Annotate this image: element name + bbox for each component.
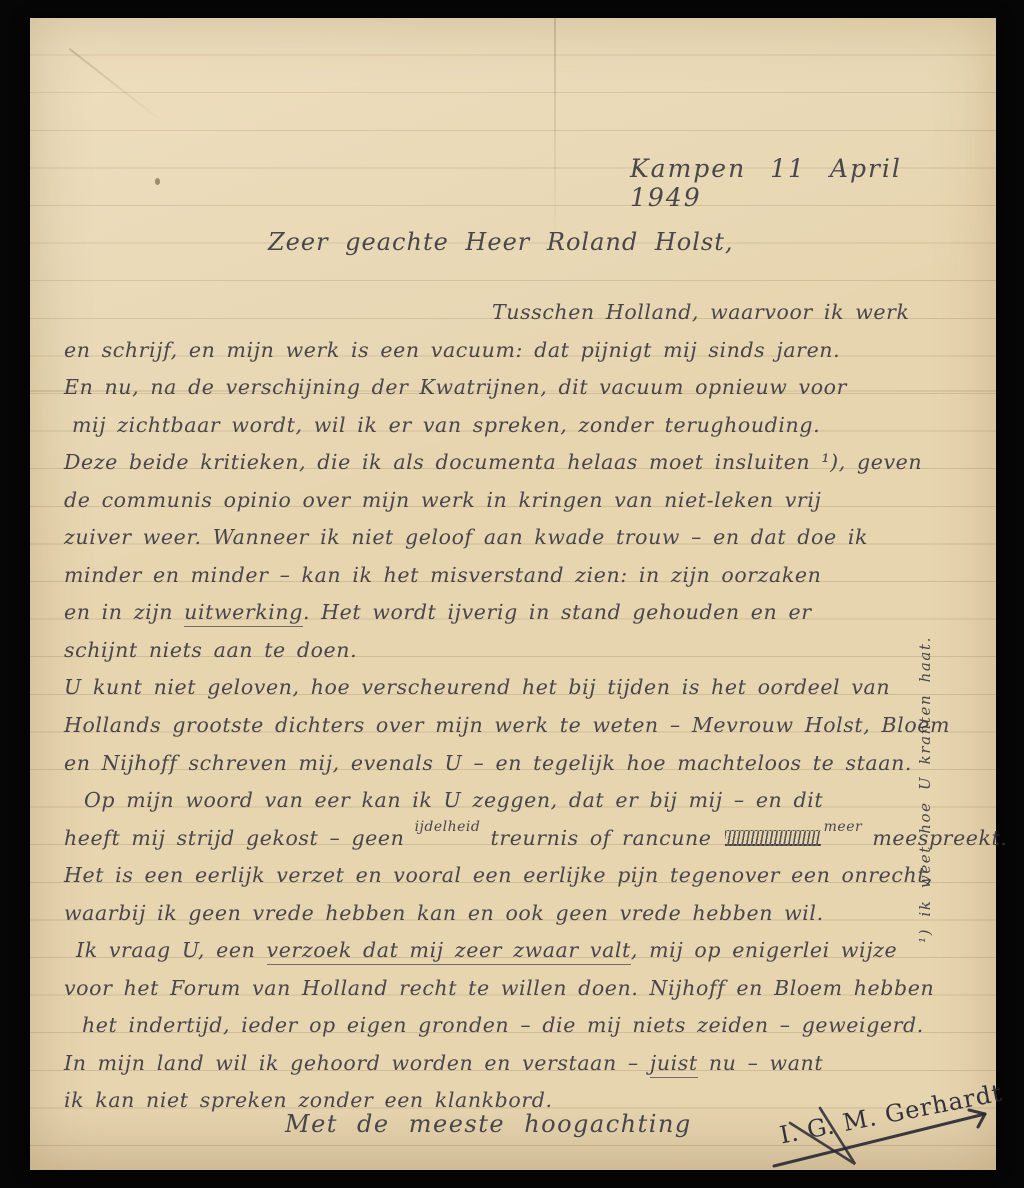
letter-line-1: Tusschen Holland, waarvoor ik werk: [64, 300, 964, 338]
text-segment: het indertijd, ieder op eigen gronden – …: [82, 1013, 924, 1037]
text-segment: voor het Forum van Holland recht te will…: [64, 976, 934, 1000]
text-segment: U kunt niet geloven, hoe verscheurend he…: [64, 675, 890, 699]
letter-line-4: mij zichtbaar wordt, wil ik er van sprek…: [64, 413, 964, 451]
letter-line-18: Ik vraag U, een verzoek dat mij zeer zwa…: [64, 938, 964, 976]
letter-line-11: U kunt niet geloven, hoe verscheurend he…: [64, 675, 964, 713]
letter-body: Tusschen Holland, waarvoor ik werken sch…: [64, 300, 964, 1126]
text-segment: Tusschen Holland, waarvoor ik werk: [492, 300, 910, 324]
text-segment: en Nijhoff schreven mij, evenals U – en …: [64, 751, 912, 775]
letter-line-15: heeft mij strijd gekost – geen ijdelheid…: [64, 826, 964, 864]
text-segment: de communis opinio over mijn werk in kri…: [64, 488, 821, 512]
text-segment: Hollands grootste dichters over mijn wer…: [64, 713, 950, 737]
text-segment: . Het wordt ijverig in stand gehouden en…: [303, 600, 812, 624]
text-segment: Het is een eerlijk verzet en vooral een …: [64, 863, 933, 887]
text-segment: In mijn land wil ik gehoord worden en ve…: [64, 1051, 650, 1075]
letter-line-7: zuiver weer. Wanneer ik niet geloof aan …: [64, 525, 964, 563]
letter-line-3: En nu, na de verschijning der Kwatrijnen…: [64, 375, 964, 413]
salutation: Zeer geachte Heer Roland Holst,: [268, 228, 733, 256]
letter-line-5: Deze beide kritieken, die ik als documen…: [64, 450, 964, 488]
fold-crease-corner: [69, 48, 165, 123]
letter-line-9: en in zijn uitwerking. Het wordt ijverig…: [64, 600, 964, 638]
text-segment: mij zichtbaar wordt, wil ik er van sprek…: [72, 413, 820, 437]
letter-line-19: voor het Forum van Holland recht te will…: [64, 976, 964, 1014]
letter-line-2: en schrijf, en mijn werk is een vacuum: …: [64, 338, 964, 376]
underlined-phrase: verzoek dat mij zeer zwaar valt: [267, 938, 631, 965]
text-segment: Op mijn woord van eer kan ik U zeggen, d…: [84, 788, 823, 812]
text-segment: treurnis of rancune: [479, 826, 722, 850]
paper-speck: [155, 178, 160, 185]
fold-crease-vertical: [554, 18, 556, 258]
text-segment: minder en minder – kan ik het misverstan…: [64, 563, 821, 587]
inserted-word: ijdelheid: [415, 819, 481, 835]
letter-paper: Kampen 11 April 1949 Zeer geachte Heer R…: [30, 18, 996, 1170]
scan-background: { "document": { "kind": "handwritten-let…: [0, 0, 1024, 1188]
text-segment: en schrijf, en mijn werk is een vacuum: …: [64, 338, 840, 362]
letter-line-8: minder en minder – kan ik het misverstan…: [64, 563, 964, 601]
letter-line-10: schijnt niets aan te doen.: [64, 638, 964, 676]
text-segment: Ik vraag U, een: [76, 938, 267, 962]
text-segment: ik kan niet spreken zonder een klankbord…: [64, 1088, 553, 1112]
letter-line-6: de communis opinio over mijn werk in kri…: [64, 488, 964, 526]
dateline: Kampen 11 April 1949: [630, 154, 996, 212]
text-segment: Deze beide kritieken, die ik als documen…: [64, 450, 922, 474]
letter-line-17: waarbij ik geen vrede hebben kan en ook …: [64, 901, 964, 939]
text-segment: En nu, na de verschijning der Kwatrijnen…: [64, 375, 847, 399]
text-segment: , mij op enigerlei wijze: [631, 938, 897, 962]
text-segment: nu – want: [698, 1051, 823, 1075]
underlined-phrase: juist: [650, 1051, 698, 1078]
text-segment: schijnt niets aan te doen.: [64, 638, 357, 662]
text-segment: heeft mij strijd gekost – geen: [64, 826, 416, 850]
text-segment: waarbij ik geen vrede hebben kan en ook …: [64, 901, 824, 925]
text-segment: en in zijn: [64, 600, 184, 624]
letter-line-16: Het is een eerlijk verzet en vooral een …: [64, 863, 964, 901]
letter-line-20: het indertijd, ieder op eigen gronden – …: [64, 1013, 964, 1051]
closing-line: Met de meeste hoogachting: [285, 1110, 692, 1138]
scribbled-out-word: [725, 830, 821, 846]
margin-footnote: ¹) ik weet hoe U kranten haat.: [916, 631, 938, 943]
inserted-word: meer: [824, 819, 863, 835]
signature-block: I. G. M. Gerhardt: [760, 1078, 1010, 1178]
underlined-phrase: uitwerking: [184, 600, 303, 627]
text-segment: zuiver weer. Wanneer ik niet geloof aan …: [64, 525, 868, 549]
letter-line-12: Hollands grootste dichters over mijn wer…: [64, 713, 964, 751]
letter-line-13: en Nijhoff schreven mij, evenals U – en …: [64, 751, 964, 789]
